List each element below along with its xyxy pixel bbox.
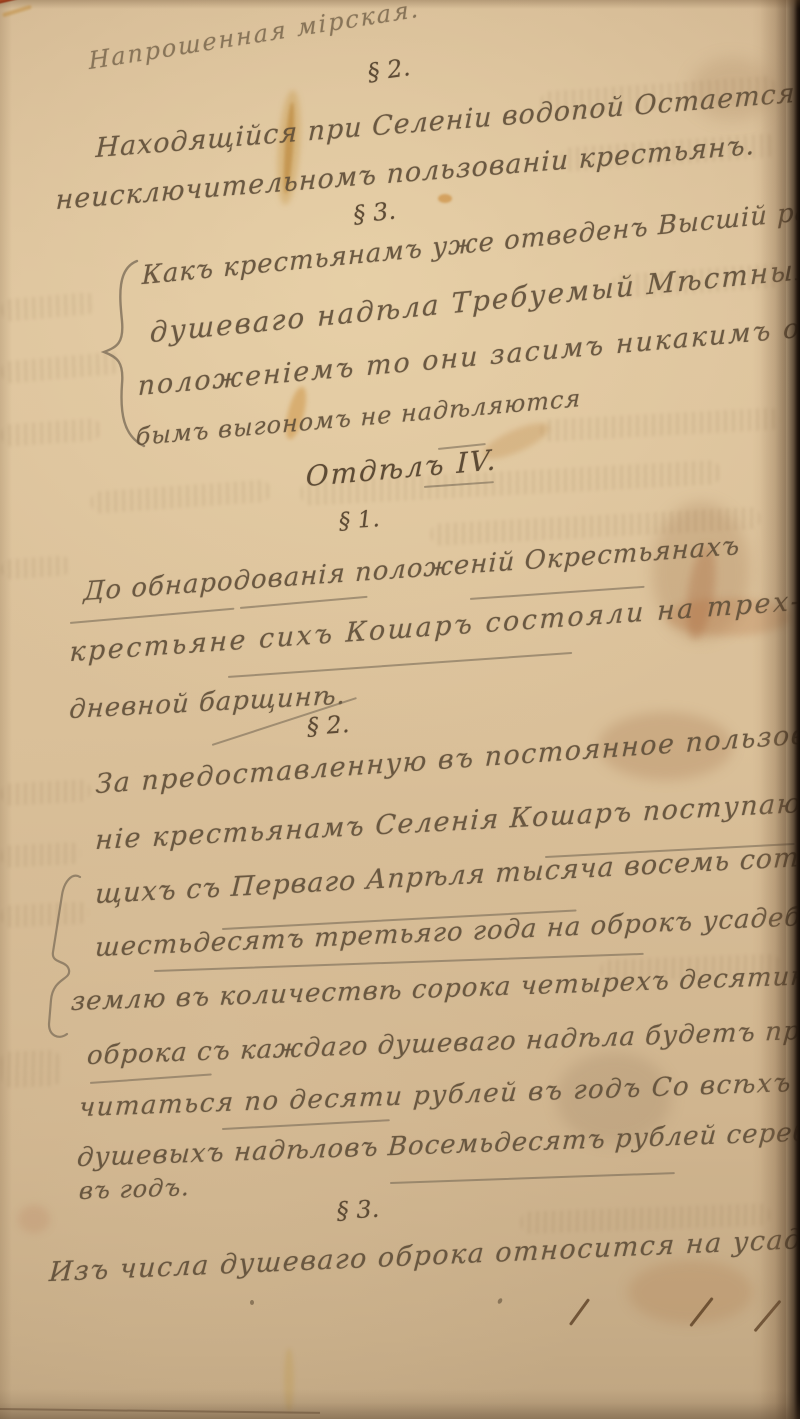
manuscript-line: До обнародованія положеній Окрестьянахъ	[83, 532, 741, 607]
section-mark: § 3.	[352, 198, 397, 229]
bleedthrough-text	[0, 779, 91, 806]
section-mark: § 2.	[306, 711, 350, 740]
bleedthrough-text	[90, 479, 271, 514]
page-edge-shadow	[0, 0, 800, 9]
bleedthrough-text	[0, 842, 81, 868]
section-mark: § 3.	[336, 1196, 380, 1225]
manuscript-line: оброка съ каждаго душеваго надѣла будетъ…	[86, 1016, 800, 1071]
underline-stroke	[390, 1172, 675, 1184]
ink-dot	[497, 1297, 503, 1304]
page-edge-shadow	[0, 0, 12, 1419]
page-edge-shadow	[760, 0, 800, 1419]
margin-flourish	[40, 872, 92, 1044]
underline-stroke	[90, 1073, 212, 1084]
underline-stroke	[228, 652, 572, 678]
manuscript-line: въ годъ.	[78, 1174, 191, 1204]
manuscript-line: шестьдесятъ третьяго года на оброкъ усад…	[94, 901, 800, 963]
ink-stain	[628, 1260, 753, 1324]
underline-stroke	[70, 608, 235, 624]
bleedthrough-text	[0, 418, 101, 447]
manuscript-line: дневной барщинѣ.	[68, 682, 346, 725]
manuscript-line: ніе крестьянамъ Селенія Кошаръ поступаю-	[94, 788, 800, 855]
page-edge-shadow	[0, 1389, 800, 1419]
ink-stain	[18, 1205, 50, 1233]
underline-stroke	[222, 1119, 390, 1130]
manuscript-page: Напрошенная мірская. § 2. Находящійся пр…	[0, 0, 800, 1419]
section-mark: § 2.	[366, 54, 412, 86]
ink-dot	[250, 1300, 254, 1305]
hatch-stroke	[569, 1298, 590, 1326]
manuscript-line: душевыхъ надѣловъ Восемьдесятъ рублей се…	[76, 1116, 800, 1173]
bleedthrough-text	[0, 292, 97, 322]
ink-stain	[438, 194, 452, 203]
underline-stroke	[240, 596, 368, 609]
manuscript-line: щихъ съ Перваго Апрѣля тысяча восемь сот…	[94, 842, 800, 910]
bleedthrough-text	[540, 407, 781, 442]
section-mark: § 1.	[338, 507, 380, 535]
